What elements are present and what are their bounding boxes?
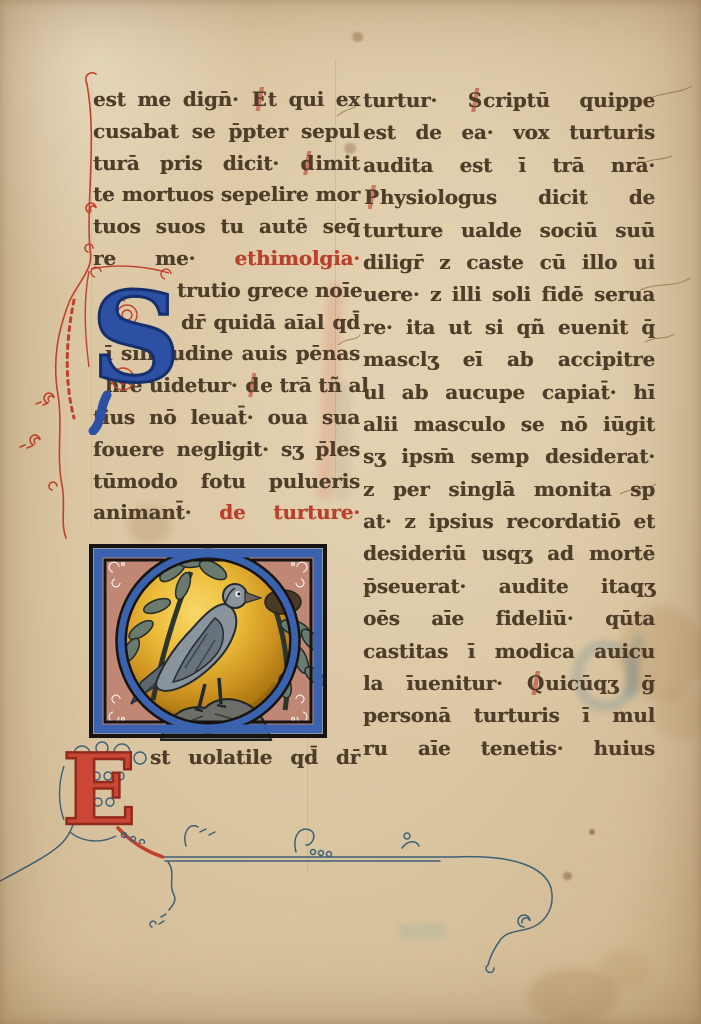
text-segment: imit: [315, 151, 360, 175]
text-segment: turtur·: [363, 88, 467, 112]
text-segment: at· z ipsius recordatiō et: [363, 509, 655, 533]
text-line: sʒ ipsm̄ semp desiderat·: [363, 440, 655, 472]
text-segment: la īuenitur·: [363, 671, 526, 695]
text-segment: trutio grece noīe: [177, 278, 362, 302]
text-segment: tūmodo fotu pulueris: [93, 469, 360, 493]
text-line: castitas ī modica auicu: [363, 635, 655, 667]
red-touched-capital: S: [467, 88, 483, 112]
text-segment: re· ita ut si qñ euenit q̄: [363, 315, 655, 339]
text-segment: castitas ī modica auicu: [363, 639, 655, 663]
text-segment: z per singlā monita sp: [363, 477, 655, 501]
text-line: est de ea· vox turturis: [363, 116, 655, 148]
text-segment: uere· z illi soli fidē serua: [363, 282, 655, 306]
text-segment: alii masculo se nō iūgit: [363, 412, 655, 436]
text-segment: te mortuos sepelire mor: [93, 182, 360, 206]
turtledove-miniature: [87, 542, 330, 741]
text-line: desideriū usqʒ ad mortē: [363, 537, 655, 569]
initial-s: S: [79, 263, 175, 435]
text-segment: st uolatile qd̄ dr̄: [150, 745, 360, 769]
text-line: personā turturis ī mul: [363, 699, 655, 731]
text-line: at· z ipsius recordatiō et: [363, 505, 655, 537]
text-segment: fouere negligit· sʒ p̄les: [93, 437, 360, 461]
red-touched-capital: d: [299, 151, 315, 175]
text-segment: criptū quippe: [483, 88, 655, 112]
text-segment: turture ualde sociū suū: [363, 218, 655, 242]
text-segment: audita est ī trā nrā·: [363, 153, 655, 177]
text-segment: dr̄ quidā aīal qd̄: [181, 310, 360, 334]
initial-s-letter: S: [91, 266, 175, 411]
text-segment: diligr̄ z caste cū illo ui: [363, 250, 655, 274]
text-segment: p̄seuerat· audite itaqʒ: [363, 574, 655, 598]
text-segment: e trā tñ al: [260, 373, 368, 397]
text-line: ru aīe tenetis· huius: [363, 732, 655, 764]
initial-e-letter: E: [62, 736, 137, 844]
text-line: turtur· Scriptū quippe: [363, 84, 655, 116]
text-segment: tuos suos tu autē seq̄: [93, 214, 360, 238]
text-line: uere· z illi soli fidē serua: [363, 278, 655, 310]
manuscript-photo: { "page": { "kind": "illuminated bestiar…: [0, 0, 701, 1024]
red-touched-capital: Q: [526, 671, 545, 695]
text-line: fouere negligit· sʒ p̄les: [93, 434, 360, 466]
text-line: la īuenitur· Quicūqʒ ḡ: [363, 667, 655, 699]
text-segment: oēs aīe fideliū· qūta: [363, 606, 655, 630]
text-segment: desideriū usqʒ ad mortē: [363, 541, 655, 565]
text-line: z per singlā monita sp: [363, 473, 655, 505]
text-segment: est de ea· vox turturis: [363, 120, 655, 144]
text-segment: personā turturis ī mul: [363, 703, 655, 727]
text-line: alii masculo se nō iūgit: [363, 408, 655, 440]
text-segment: uicūqʒ ḡ: [545, 671, 655, 695]
text-segment: turā pris dicit·: [93, 151, 299, 175]
text-segment: t qui ex: [268, 87, 360, 111]
text-line: tūmodo fotu pulueris: [93, 466, 360, 498]
text-line: animant̄· de turture·: [93, 497, 360, 529]
text-line: est me dign̄· Et qui ex: [93, 84, 360, 116]
text-segment: est me dign̄·: [93, 87, 251, 111]
text-segment: hysiologus dicit de: [380, 185, 655, 209]
right-text-column: turtur· Scriptū quippeest de ea· vox tur…: [363, 84, 655, 764]
red-touched-capital: E: [251, 87, 268, 111]
text-segment: masclʒ eī ab accipitre: [363, 347, 655, 371]
red-touched-capital: d: [244, 373, 260, 397]
text-line: ul ab aucupe capiat̄· hī: [363, 376, 655, 408]
text-line: turture ualde sociū suū: [363, 214, 655, 246]
text-line: te mortuos sepelire mor: [93, 179, 360, 211]
text-line: cusabat se p̄pter sepul: [93, 116, 360, 148]
text-line: tuos suos tu autē seq̄: [93, 211, 360, 243]
initial-e: E: [52, 736, 160, 844]
red-touched-capital: P: [363, 185, 380, 209]
text-segment: cusabat se p̄pter sepul: [93, 119, 360, 143]
text-segment: sʒ ipsm̄ semp desiderat·: [363, 444, 655, 468]
text-line: oēs aīe fideliū· qūta: [363, 602, 655, 634]
text-line: masclʒ eī ab accipitre: [363, 343, 655, 375]
text-line: p̄seuerat· audite itaqʒ: [363, 570, 655, 602]
text-line: re· ita ut si qñ euenit q̄: [363, 311, 655, 343]
text-line: audita est ī trā nrā·: [363, 149, 655, 181]
rubric-text: ethimolgia·: [234, 246, 360, 270]
text-line: diligr̄ z caste cū illo ui: [363, 246, 655, 278]
text-segment: animant̄·: [93, 500, 219, 524]
text-line: turā pris dicit· dimit: [93, 148, 360, 180]
rubric-text: de turture·: [219, 500, 360, 524]
text-segment: ul ab aucupe capiat̄· hī: [363, 380, 655, 404]
text-line: Physiologus dicit de: [363, 181, 655, 213]
text-segment: ru aīe tenetis· huius: [363, 736, 655, 760]
